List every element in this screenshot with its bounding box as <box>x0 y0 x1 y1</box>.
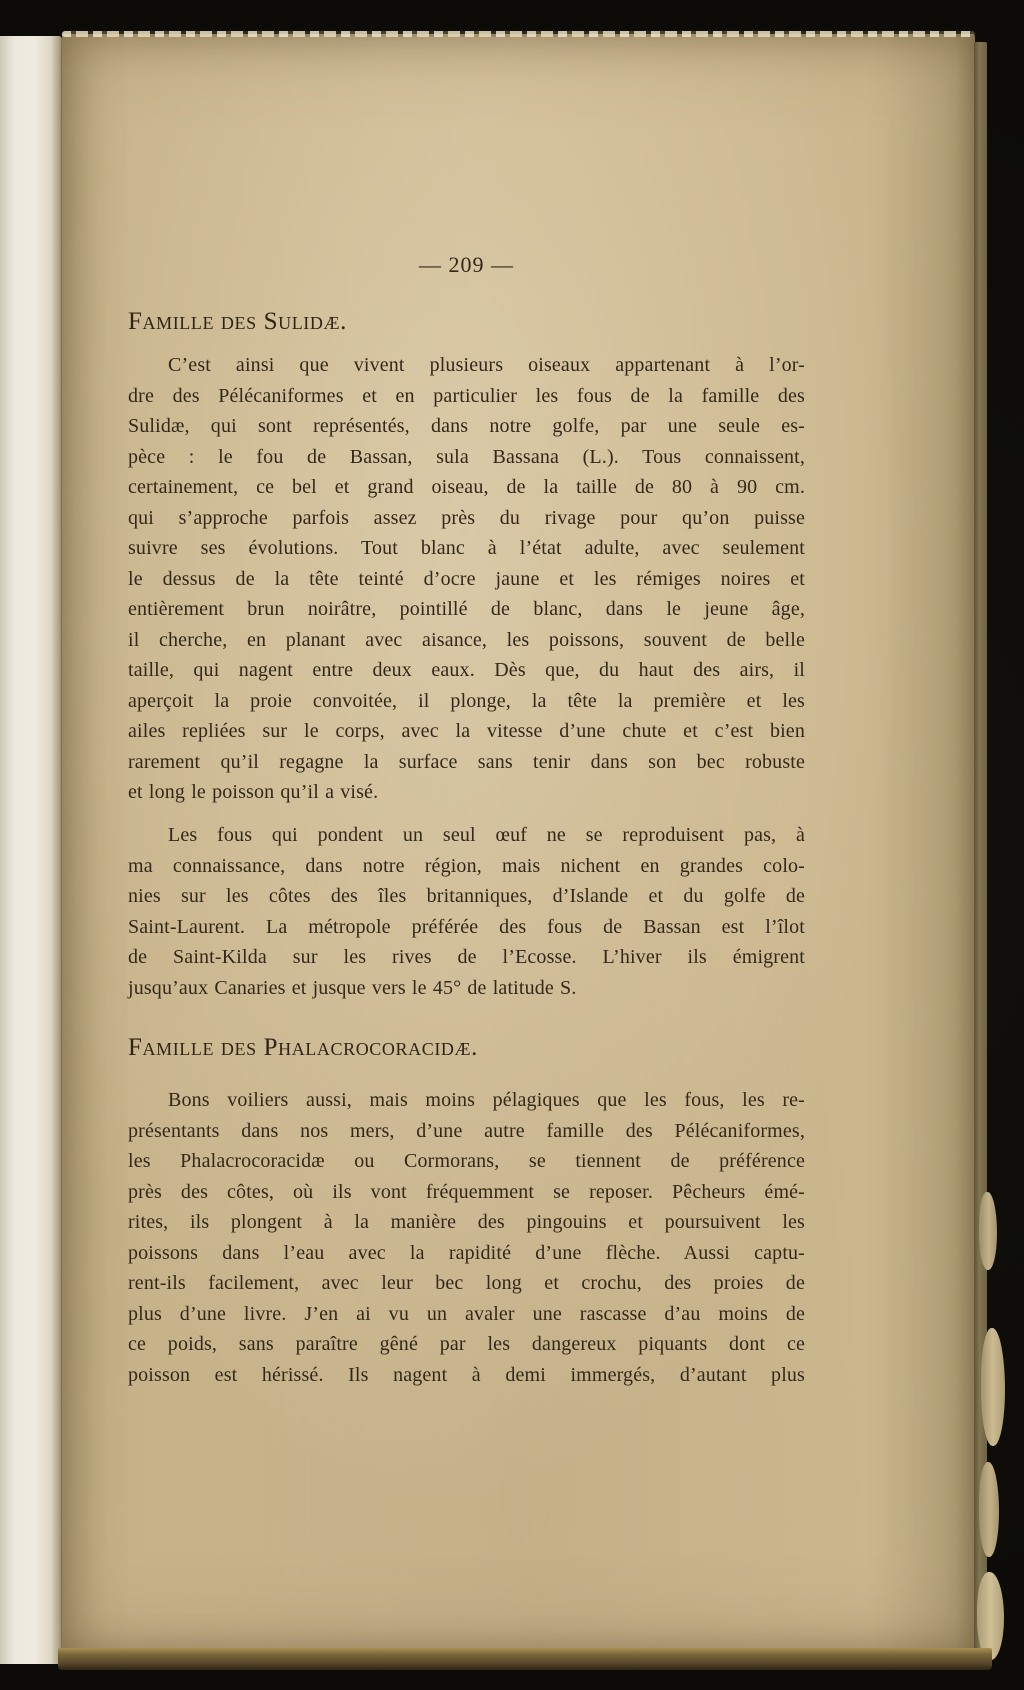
section-heading-sulidae: Famille des Sulidæ. <box>128 308 805 336</box>
text-line: et long le poisson qu’il a visé. <box>128 777 805 808</box>
text-line: près des côtes, où ils vont fréquemment … <box>128 1177 805 1208</box>
page-text-block: — 209 — Famille des Sulidæ. C’est ainsi … <box>128 34 805 1650</box>
text-line: présentants dans nos mers, d’une autre f… <box>128 1116 805 1147</box>
text-line: de Saint-Kilda sur les rives de l’Ecosse… <box>128 942 805 973</box>
text-line: Saint-Laurent. La métropole préférée des… <box>128 912 805 943</box>
previous-page-edge <box>0 36 62 1664</box>
text-line: ce poids, sans paraître gêné par les dan… <box>128 1329 805 1360</box>
text-line: Sulidæ, qui sont représentés, dans notre… <box>128 411 805 442</box>
text-line: taille, qui nagent entre deux eaux. Dès … <box>128 655 805 686</box>
text-line: Bons voiliers aussi, mais moins pélagiqu… <box>128 1085 805 1116</box>
deckle-page-edge <box>977 1572 1004 1660</box>
text-line: rarement qu’il regagne la surface sans t… <box>128 747 805 778</box>
text-line: poissons dans l’eau avec la rapidité d’u… <box>128 1238 805 1269</box>
text-line: pèce : le fou de Bassan, sula Bassana (L… <box>128 442 805 473</box>
text-line: ailes repliées sur le corps, avec la vit… <box>128 716 805 747</box>
text-line: rent-ils facilement, avec leur bec long … <box>128 1268 805 1299</box>
text-line: Les fous qui pondent un seul œuf ne se r… <box>128 820 805 851</box>
paragraph-sulidae-1: C’est ainsi que vivent plusieurs oiseaux… <box>128 350 805 808</box>
text-line: ma connaissance, dans notre région, mais… <box>128 851 805 882</box>
text-line: jusqu’aux Canaries et jusque vers le 45°… <box>128 973 805 1004</box>
text-line: C’est ainsi que vivent plusieurs oiseaux… <box>128 350 805 381</box>
page-surface: — 209 — Famille des Sulidæ. C’est ainsi … <box>62 34 975 1650</box>
text-line: entièrement brun noirâtre, pointillé de … <box>128 594 805 625</box>
bottom-page-stack <box>58 1648 992 1670</box>
deckle-page-edge <box>981 1328 1005 1446</box>
text-line: il cherche, en planant avec aisance, les… <box>128 625 805 656</box>
text-line: suivre ses évolutions. Tout blanc à l’ét… <box>128 533 805 564</box>
paragraph-sulidae-2: Les fous qui pondent un seul œuf ne se r… <box>128 820 805 1003</box>
text-line: dre des Pélécaniformes et en particulier… <box>128 381 805 412</box>
text-line: rites, ils plongent à la manière des pin… <box>128 1207 805 1238</box>
book-scan: — 209 — Famille des Sulidæ. C’est ainsi … <box>0 0 1024 1690</box>
text-line: qui s’approche parfois assez près du riv… <box>128 503 805 534</box>
text-line: nies sur les côtes des îles britanniques… <box>128 881 805 912</box>
deckle-page-edge <box>979 1462 999 1557</box>
text-line: poisson est hérissé. Ils nagent à demi i… <box>128 1360 805 1391</box>
text-line: plus d’une livre. J’en ai vu un avaler u… <box>128 1299 805 1330</box>
text-line: les Phalacrocoracidæ ou Cormorans, se ti… <box>128 1146 805 1177</box>
text-line: aperçoit la proie convoitée, il plonge, … <box>128 686 805 717</box>
section-heading-phalacrocoracidae: Famille des Phalacrocoracidæ. <box>128 1034 805 1062</box>
text-line: certainement, ce bel et grand oiseau, de… <box>128 472 805 503</box>
text-line: le dessus de la tête teinté d’ocre jaune… <box>128 564 805 595</box>
deckle-page-edge <box>979 1192 997 1270</box>
page-number: — 209 — <box>128 252 805 278</box>
paragraph-phalacrocoracidae-1: Bons voiliers aussi, mais moins pélagiqu… <box>128 1085 805 1390</box>
